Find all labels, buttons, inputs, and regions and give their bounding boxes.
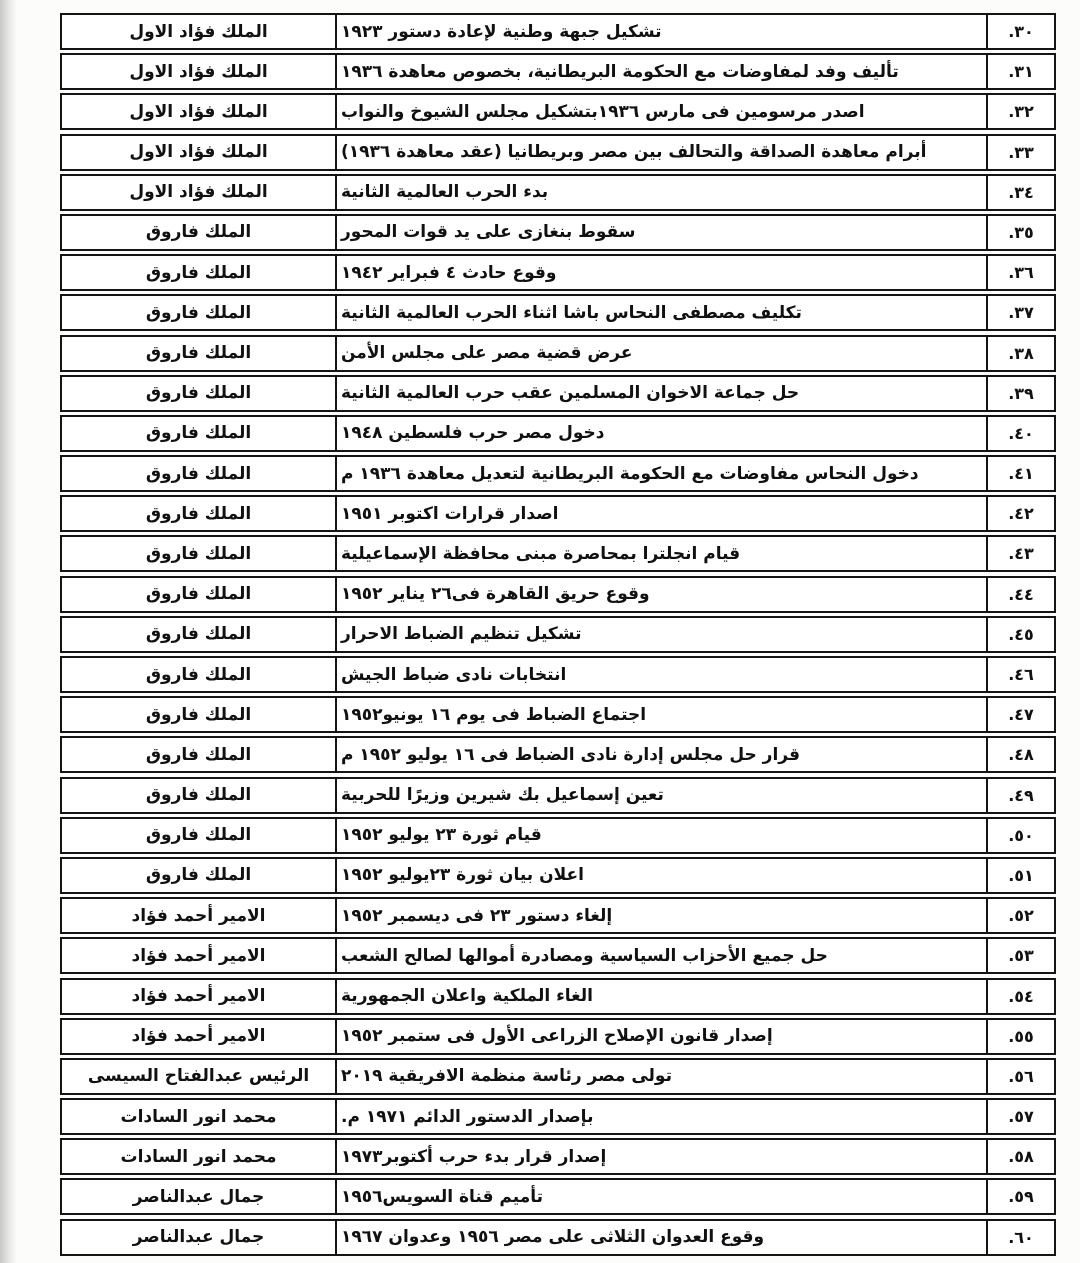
- ruler-name-cell: جمال عبدالناصر: [62, 1180, 337, 1213]
- page-scan-edge: [0, 0, 17, 1263]
- ruler-name-cell: الامير أحمد فؤاد: [62, 980, 337, 1013]
- event-text-cell: اجتماع الضباط فى يوم ١٦ يونيو١٩٥٢: [337, 698, 986, 731]
- table-row: الملك فاروق سقوط بنغازى على يد قوات المح…: [60, 214, 1056, 251]
- table-row: محمد انور السادات بإصدار الدستور الدائم …: [60, 1098, 1056, 1135]
- table-row: الملك فاروق اجتماع الضباط فى يوم ١٦ يوني…: [60, 696, 1056, 733]
- row-number-cell: ٤٨.: [986, 738, 1054, 771]
- event-text-cell: وقوع حادث ٤ فبراير ١٩٤٢: [337, 256, 986, 289]
- event-text-cell: سقوط بنغازى على يد قوات المحور: [337, 216, 986, 249]
- event-text-cell: حل جماعة الاخوان المسلمين عقب حرب العالم…: [337, 377, 986, 410]
- row-number-cell: ٥٣.: [986, 939, 1054, 972]
- row-number-cell: ٤٦.: [986, 658, 1054, 691]
- event-text-cell: تولى مصر رئاسة منظمة الافريقية ٢٠١٩: [337, 1060, 986, 1093]
- table-row: الملك فاروق عرض قضية مصر على مجلس الأمن …: [60, 335, 1056, 372]
- event-text-cell: الغاء الملكية واعلان الجمهورية: [337, 980, 986, 1013]
- ruler-name-cell: الامير أحمد فؤاد: [62, 899, 337, 932]
- ruler-name-cell: الامير أحمد فؤاد: [62, 1020, 337, 1053]
- event-text-cell: بدء الحرب العالمية الثانية: [337, 176, 986, 209]
- ruler-name-cell: الملك فاروق: [62, 377, 337, 410]
- event-text-cell: إلغاء دستور ٢٣ فى ديسمبر ١٩٥٢: [337, 899, 986, 932]
- row-number-cell: ٤٧.: [986, 698, 1054, 731]
- table-row: الملك فاروق تشكيل تنظيم الضباط الاحرار ٤…: [60, 616, 1056, 653]
- table-row: الملك فاروق اصدار قرارات اكتوبر ١٩٥١ ٤٢.: [60, 495, 1056, 532]
- ruler-name-cell: الملك فاروق: [62, 497, 337, 530]
- ruler-name-cell: الملك فاروق: [62, 417, 337, 450]
- table-row: الملك فاروق تعين إسماعيل بك شيرين وزيرًا…: [60, 777, 1056, 814]
- row-number-cell: ٥٩.: [986, 1180, 1054, 1213]
- table-row: الملك فاروق قيام انجلترا بمحاصرة مبنى مح…: [60, 535, 1056, 572]
- scanned-document-page: الملك فؤاد الاول تشكيل جبهة وطنية لإعادة…: [0, 0, 1080, 1263]
- table-row: الملك فاروق حل جماعة الاخوان المسلمين عق…: [60, 375, 1056, 412]
- table-row: الملك فاروق دخول النحاس مفاوضات مع الحكو…: [60, 455, 1056, 492]
- event-text-cell: اصدار قرارات اكتوبر ١٩٥١: [337, 497, 986, 530]
- table-row: الملك فاروق اعلان بيان ثورة ٢٣يوليو ١٩٥٢…: [60, 857, 1056, 894]
- event-text-cell: دخول النحاس مفاوضات مع الحكومة البريطاني…: [337, 457, 986, 490]
- event-text-cell: اعلان بيان ثورة ٢٣يوليو ١٩٥٢: [337, 859, 986, 892]
- event-text-cell: إصدار قانون الإصلاح الزراعى الأول فى ستم…: [337, 1020, 986, 1053]
- event-text-cell: بإصدار الدستور الدائم ١٩٧١ م.: [337, 1100, 986, 1133]
- table-row: الامير أحمد فؤاد الغاء الملكية واعلان ال…: [60, 978, 1056, 1015]
- table-row: جمال عبدالناصر تأميم قناة السويس١٩٥٦ ٥٩.: [60, 1178, 1056, 1215]
- table-row: الملك فاروق قيام ثورة ٢٣ يوليو ١٩٥٢ ٥٠.: [60, 817, 1056, 854]
- ruler-name-cell: الملك فاروق: [62, 537, 337, 570]
- event-text-cell: تشكيل جبهة وطنية لإعادة دستور ١٩٢٣: [337, 15, 986, 48]
- row-number-cell: ٣٠.: [986, 15, 1054, 48]
- row-number-cell: ٣٦.: [986, 256, 1054, 289]
- ruler-name-cell: الملك فاروق: [62, 256, 337, 289]
- table-row: الملك فؤاد الاول تشكيل جبهة وطنية لإعادة…: [60, 13, 1056, 50]
- table-row: الملك فاروق وقوع حادث ٤ فبراير ١٩٤٢ ٣٦.: [60, 254, 1056, 291]
- table-row: الملك فؤاد الاول أبرام معاهدة الصداقة وا…: [60, 134, 1056, 171]
- event-text-cell: تعين إسماعيل بك شيرين وزيرًا للحربية: [337, 779, 986, 812]
- ruler-name-cell: الملك فاروق: [62, 296, 337, 329]
- row-number-cell: ٤٥.: [986, 618, 1054, 651]
- row-number-cell: ٥٠.: [986, 819, 1054, 852]
- row-number-cell: ٣٤.: [986, 176, 1054, 209]
- ruler-name-cell: الملك فاروق: [62, 578, 337, 611]
- ruler-name-cell: الملك فاروق: [62, 859, 337, 892]
- ruler-name-cell: الملك فاروق: [62, 738, 337, 771]
- row-number-cell: ٤٩.: [986, 779, 1054, 812]
- table-row: جمال عبدالناصر وقوع العدوان الثلاثى على …: [60, 1219, 1056, 1256]
- table-row: الملك فاروق وقوع حريق القاهرة فى٢٦ يناير…: [60, 576, 1056, 613]
- table-row: الملك فاروق دخول مصر حرب فلسطين ١٩٤٨ ٤٠.: [60, 415, 1056, 452]
- table-row: الرئيس عبدالفتاح السيسى تولى مصر رئاسة م…: [60, 1058, 1056, 1095]
- ruler-name-cell: الرئيس عبدالفتاح السيسى: [62, 1060, 337, 1093]
- row-number-cell: ٥٢.: [986, 899, 1054, 932]
- row-number-cell: ٤٤.: [986, 578, 1054, 611]
- event-text-cell: دخول مصر حرب فلسطين ١٩٤٨: [337, 417, 986, 450]
- ruler-name-cell: محمد انور السادات: [62, 1100, 337, 1133]
- ruler-name-cell: الملك فؤاد الاول: [62, 176, 337, 209]
- row-number-cell: ٣٣.: [986, 136, 1054, 169]
- ruler-name-cell: الامير أحمد فؤاد: [62, 939, 337, 972]
- event-text-cell: حل جميع الأحزاب السياسية ومصادرة أموالها…: [337, 939, 986, 972]
- row-number-cell: ٦٠.: [986, 1221, 1054, 1254]
- ruler-name-cell: محمد انور السادات: [62, 1140, 337, 1173]
- ruler-name-cell: جمال عبدالناصر: [62, 1221, 337, 1254]
- table-row: الملك فؤاد الاول بدء الحرب العالمية الثا…: [60, 174, 1056, 211]
- table-row: الملك فاروق تكليف مصطفى النحاس باشا اثنا…: [60, 294, 1056, 331]
- row-number-cell: ٥٤.: [986, 980, 1054, 1013]
- ruler-name-cell: الملك فؤاد الاول: [62, 136, 337, 169]
- event-text-cell: وقوع العدوان الثلاثى على مصر ١٩٥٦ وعدوان…: [337, 1221, 986, 1254]
- row-number-cell: ٥٧.: [986, 1100, 1054, 1133]
- event-text-cell: وقوع حريق القاهرة فى٢٦ يناير ١٩٥٢: [337, 578, 986, 611]
- event-text-cell: إصدار قرار بدء حرب أكتوبر١٩٧٣: [337, 1140, 986, 1173]
- table-row: الملك فاروق قرار حل مجلس إدارة نادى الضب…: [60, 736, 1056, 773]
- event-text-cell: تكليف مصطفى النحاس باشا اثناء الحرب العا…: [337, 296, 986, 329]
- event-text-cell: قيام انجلترا بمحاصرة مبنى محافظة الإسماع…: [337, 537, 986, 570]
- events-table: الملك فؤاد الاول تشكيل جبهة وطنية لإعادة…: [60, 13, 1056, 1259]
- table-row: الملك فؤاد الاول اصدر مرسومين فى مارس ١٩…: [60, 93, 1056, 130]
- row-number-cell: ٣٢.: [986, 95, 1054, 128]
- row-number-cell: ٤٢.: [986, 497, 1054, 530]
- table-row: الامير أحمد فؤاد حل جميع الأحزاب السياسي…: [60, 937, 1056, 974]
- event-text-cell: تشكيل تنظيم الضباط الاحرار: [337, 618, 986, 651]
- event-text-cell: تأليف وفد لمفاوضات مع الحكومة البريطانية…: [337, 55, 986, 88]
- ruler-name-cell: الملك فاروق: [62, 658, 337, 691]
- table-row: الملك فؤاد الاول تأليف وفد لمفاوضات مع ا…: [60, 53, 1056, 90]
- table-row: الملك فاروق انتخابات نادى ضباط الجيش ٤٦.: [60, 656, 1056, 693]
- event-text-cell: قرار حل مجلس إدارة نادى الضباط فى ١٦ يول…: [337, 738, 986, 771]
- row-number-cell: ٣٥.: [986, 216, 1054, 249]
- ruler-name-cell: الملك فؤاد الاول: [62, 15, 337, 48]
- event-text-cell: انتخابات نادى ضباط الجيش: [337, 658, 986, 691]
- row-number-cell: ٤١.: [986, 457, 1054, 490]
- row-number-cell: ٥٦.: [986, 1060, 1054, 1093]
- table-row: الامير أحمد فؤاد إصدار قانون الإصلاح الز…: [60, 1018, 1056, 1055]
- ruler-name-cell: الملك فاروق: [62, 337, 337, 370]
- table-row: محمد انور السادات إصدار قرار بدء حرب أكت…: [60, 1138, 1056, 1175]
- ruler-name-cell: الملك فاروق: [62, 819, 337, 852]
- ruler-name-cell: الملك فاروق: [62, 779, 337, 812]
- table-row: الامير أحمد فؤاد إلغاء دستور ٢٣ فى ديسمب…: [60, 897, 1056, 934]
- event-text-cell: اصدر مرسومين فى مارس ١٩٣٦بتشكيل مجلس الش…: [337, 95, 986, 128]
- row-number-cell: ٥٨.: [986, 1140, 1054, 1173]
- ruler-name-cell: الملك فاروق: [62, 216, 337, 249]
- event-text-cell: أبرام معاهدة الصداقة والتحالف بين مصر وب…: [337, 136, 986, 169]
- row-number-cell: ٣٩.: [986, 377, 1054, 410]
- row-number-cell: ٤٠.: [986, 417, 1054, 450]
- row-number-cell: ٣١.: [986, 55, 1054, 88]
- ruler-name-cell: الملك فؤاد الاول: [62, 95, 337, 128]
- event-text-cell: قيام ثورة ٢٣ يوليو ١٩٥٢: [337, 819, 986, 852]
- ruler-name-cell: الملك فؤاد الاول: [62, 55, 337, 88]
- row-number-cell: ٣٨.: [986, 337, 1054, 370]
- ruler-name-cell: الملك فاروق: [62, 698, 337, 731]
- ruler-name-cell: الملك فاروق: [62, 457, 337, 490]
- event-text-cell: تأميم قناة السويس١٩٥٦: [337, 1180, 986, 1213]
- ruler-name-cell: الملك فاروق: [62, 618, 337, 651]
- row-number-cell: ٣٧.: [986, 296, 1054, 329]
- row-number-cell: ٥٥.: [986, 1020, 1054, 1053]
- row-number-cell: ٥١.: [986, 859, 1054, 892]
- event-text-cell: عرض قضية مصر على مجلس الأمن: [337, 337, 986, 370]
- row-number-cell: ٤٣.: [986, 537, 1054, 570]
